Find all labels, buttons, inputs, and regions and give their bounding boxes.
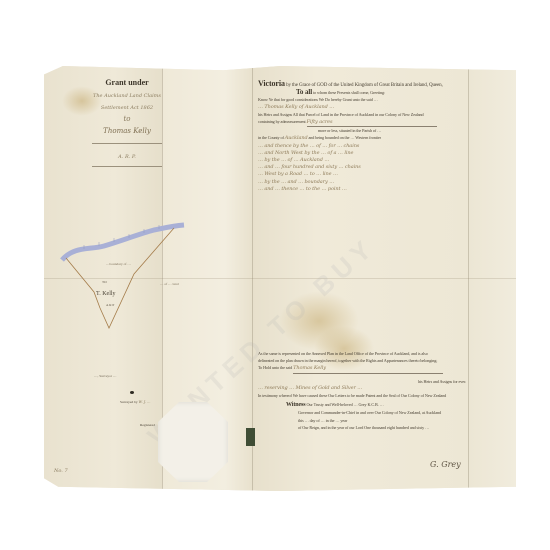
plan-line-2: delineated on the plan drawn in the marg…: [258, 357, 508, 364]
salutation-bold: To all: [296, 89, 312, 96]
map-boundary-note: …boundary of …: [106, 262, 131, 266]
handwritten-line: … by the … of … Auckland …: [258, 157, 508, 164]
salutation-rest: to whom these Presents shall come, Greet…: [313, 90, 385, 95]
reserve-line: … reserving … Mines of Gold and Silver …: [258, 385, 508, 392]
ink-dot-icon: [130, 391, 134, 394]
land-grant-document: Grant under The Auckland Land Claims Set…: [44, 66, 516, 491]
governor-line: Governor and Commander-in-Chief in and o…: [258, 409, 508, 416]
ribbon-right: [246, 428, 255, 446]
handwritten-line: … and … thence … to the … point …: [258, 186, 508, 193]
governor-signature: G. Grey: [430, 460, 461, 469]
map-side-note: … of … land: [160, 282, 179, 286]
body-line-3: his Heirs and Assigns All that Parcel of…: [258, 111, 508, 118]
surveyor-note: …, Surveyor …: [94, 374, 116, 378]
grant-to: to: [92, 115, 162, 123]
corner-mark: No. 7: [54, 468, 68, 474]
county-value: Auckland: [285, 135, 308, 141]
surveyor-name: W. J. …: [138, 400, 150, 404]
map-plot-prefix: TO: [102, 280, 107, 284]
header-line: by the Grace of GOD of the United Kingdo…: [286, 83, 443, 88]
handwritten-line: … by the … and … boundary …: [258, 179, 508, 186]
map-plot-area: A R P: [106, 303, 114, 307]
habendum-label: To Hold unto the said: [258, 365, 292, 370]
witness-bold: Witness: [286, 402, 306, 408]
handwritten-line: … and thence by the … of … for … chains: [258, 143, 508, 150]
body-line-2: … Thomas Kelly of Auckland …: [258, 104, 508, 111]
survey-map: [44, 216, 204, 336]
grant-heading: Grant under: [92, 78, 162, 87]
handwritten-line: … and … four hundred and sixty … chains: [258, 164, 508, 171]
bounded-text: and being bounded on the … Western front…: [309, 135, 381, 140]
witness-rest: Our Trusty and Well-beloved … Grey K.C.B…: [306, 402, 383, 407]
reign-line: of Our Reign, and in the year of our Lor…: [258, 424, 508, 431]
area-value: Fifty acres: [307, 119, 437, 127]
surveyed-by-label: Surveyed by: [120, 400, 138, 404]
grant-act-line2: Settlement Act 1862: [92, 105, 162, 111]
habendum-value: Thomas Kelly: [293, 365, 443, 373]
map-plot-label: T. Kelly: [96, 291, 116, 297]
testimony-line: In testimony whereof We have caused thes…: [258, 392, 508, 399]
handwritten-line: … West by a Road … to … line …: [258, 171, 508, 178]
wax-seal-icon: [158, 402, 228, 482]
heirs-line: his Heirs and Assigns for ever.: [258, 378, 508, 385]
county-label: in the County of: [258, 135, 284, 140]
handwritten-line: … and North West by the … of a … line: [258, 150, 508, 157]
plan-line-1: As the same is represented on the Annexe…: [258, 350, 508, 357]
grant-area: A. R. P.: [92, 154, 162, 160]
date-line: this … day of … in the … year: [258, 417, 508, 424]
grant-body-text: Victoria by the Grace of GOD of the Unit…: [258, 80, 508, 193]
body-line-5: more or less, situated in the Parish of …: [258, 127, 508, 134]
area-label: containing by admeasurement: [258, 119, 306, 124]
grantee-name: Thomas Kelly: [92, 127, 162, 135]
body-line-1: Know Ye that for good considerations We …: [258, 96, 508, 103]
grant-act-line1: The Auckland Land Claims: [92, 93, 162, 99]
river-icon: [62, 225, 184, 260]
grant-closing-text: As the same is represented on the Annexe…: [258, 350, 508, 431]
grant-summary-panel: Grant under The Auckland Land Claims Set…: [92, 76, 162, 167]
header-initial: Victoria: [258, 80, 285, 88]
